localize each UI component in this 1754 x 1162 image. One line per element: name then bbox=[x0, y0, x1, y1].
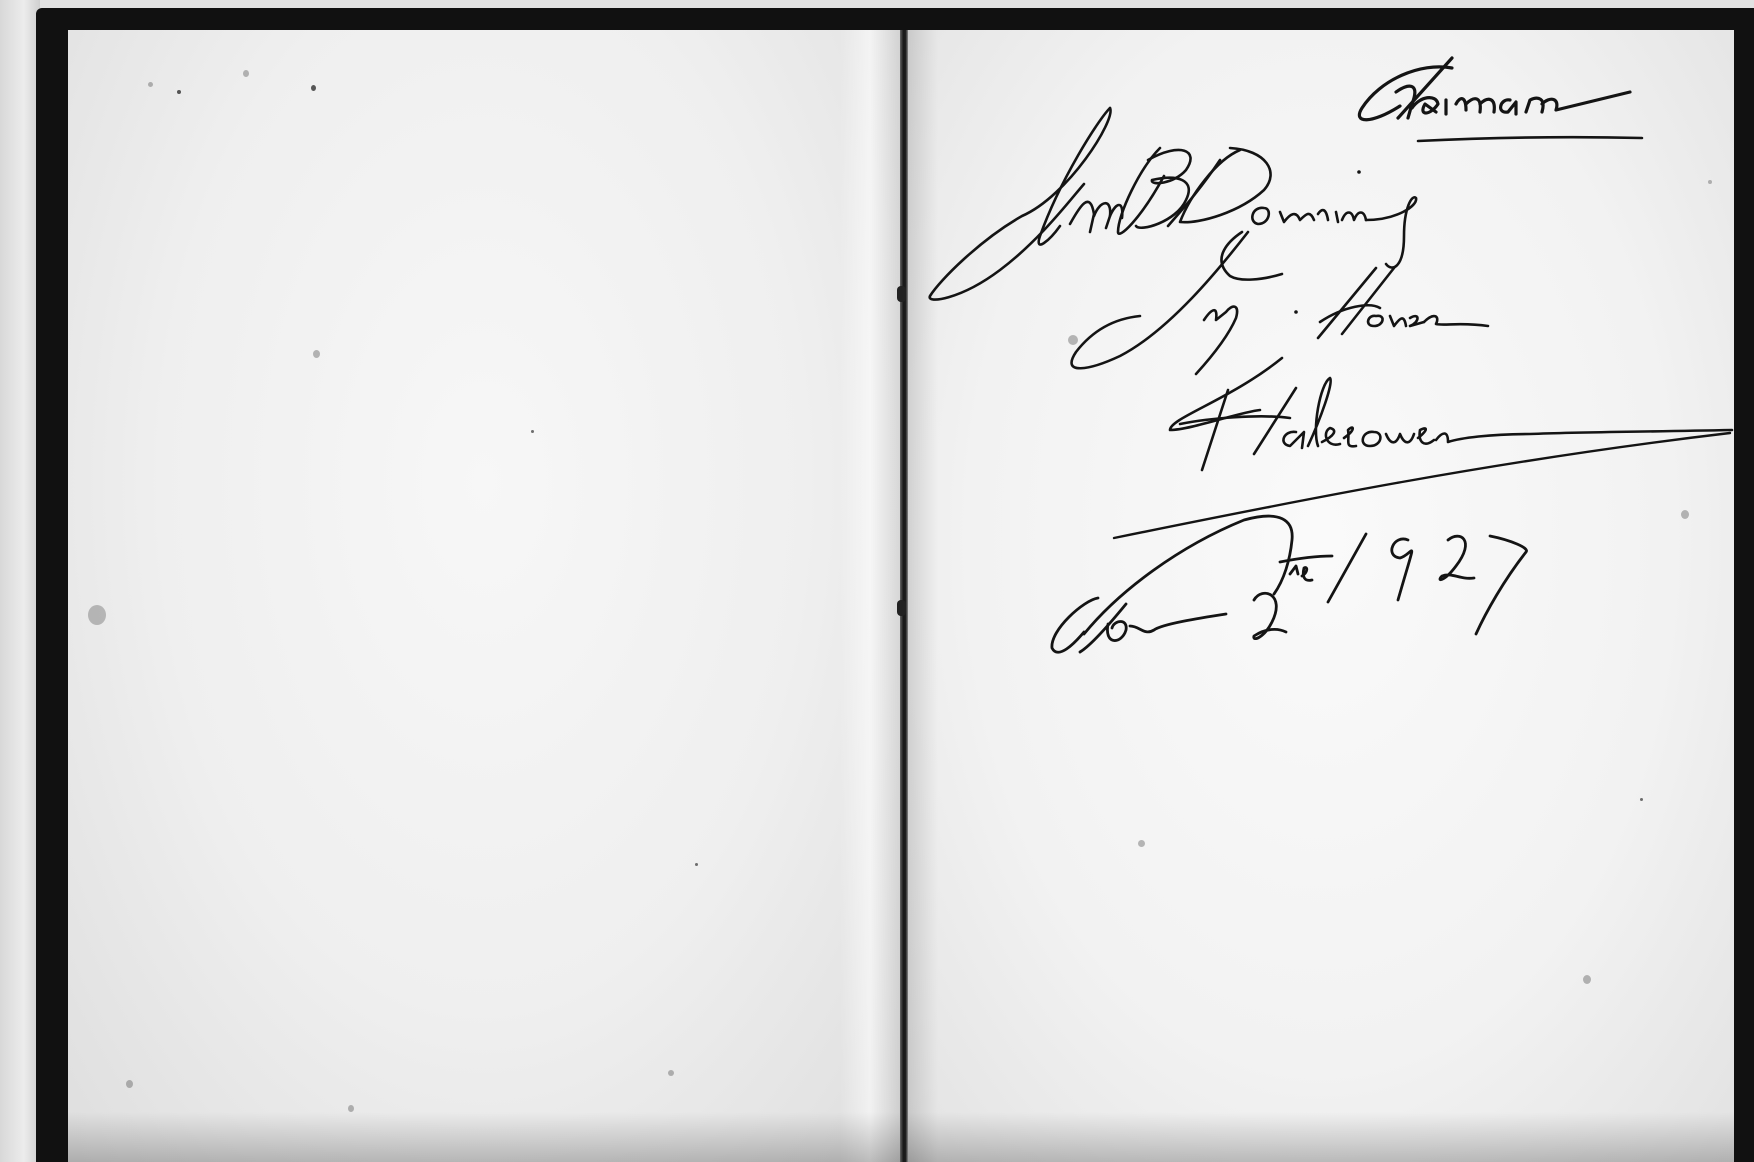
signature-name bbox=[930, 108, 1416, 300]
handwriting-strokes bbox=[0, 0, 1754, 1162]
address-line-ivy-house bbox=[1072, 232, 1488, 374]
chairman-word bbox=[1359, 58, 1630, 120]
chairman-underline bbox=[1418, 137, 1642, 141]
address-line-halesowen bbox=[1170, 358, 1732, 470]
separator-stroke bbox=[1114, 433, 1730, 538]
